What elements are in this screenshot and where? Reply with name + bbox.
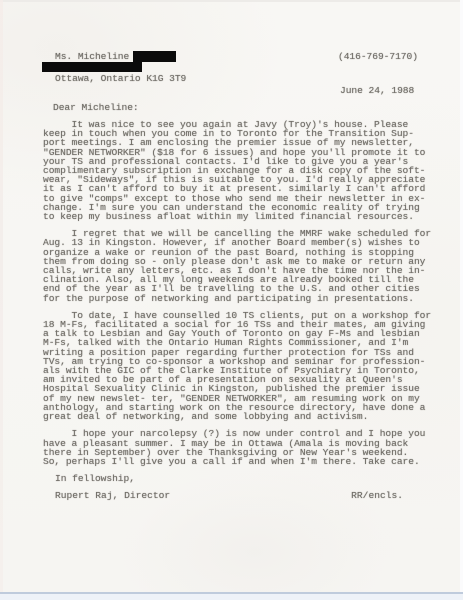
phone-number: (416-769-7170): [338, 52, 418, 62]
scan-edge-left: [0, 0, 3, 600]
reference-initials: RR/encls.: [351, 491, 403, 501]
paragraph-1: It was nice to see you again at Javy (Tr…: [43, 120, 447, 221]
scan-edge-top: [0, 0, 463, 2]
paragraph-4: I hope your narcolepsy (?) is now under …: [43, 429, 447, 466]
paragraph-2: I regret that we will be cancelling the …: [43, 229, 447, 303]
letter-date: June 24, 1988: [340, 86, 414, 96]
letter-body: It was nice to see you again at Javy (Tr…: [43, 120, 447, 474]
scanned-letter-page: Ms. Micheline (416-769-7170) Ottawa, Ont…: [0, 0, 463, 600]
salutation: Dear Micheline:: [53, 103, 139, 113]
recipient-name: Ms. Micheline: [55, 52, 129, 62]
signature-row: Rupert Raj, Director RR/encls.: [55, 491, 403, 501]
scan-edge-bottom-fill: [0, 594, 463, 600]
redaction-bar-surname: [133, 51, 176, 62]
paragraph-3: To date, I have counselled 10 TS clients…: [43, 311, 447, 421]
redaction-bar-address: [42, 62, 142, 72]
closing-line: In fellowship,: [55, 474, 135, 484]
recipient-city-line: Ottawa, Ontario K1G 3T9: [55, 74, 186, 84]
signer-name: Rupert Raj, Director: [55, 491, 170, 501]
